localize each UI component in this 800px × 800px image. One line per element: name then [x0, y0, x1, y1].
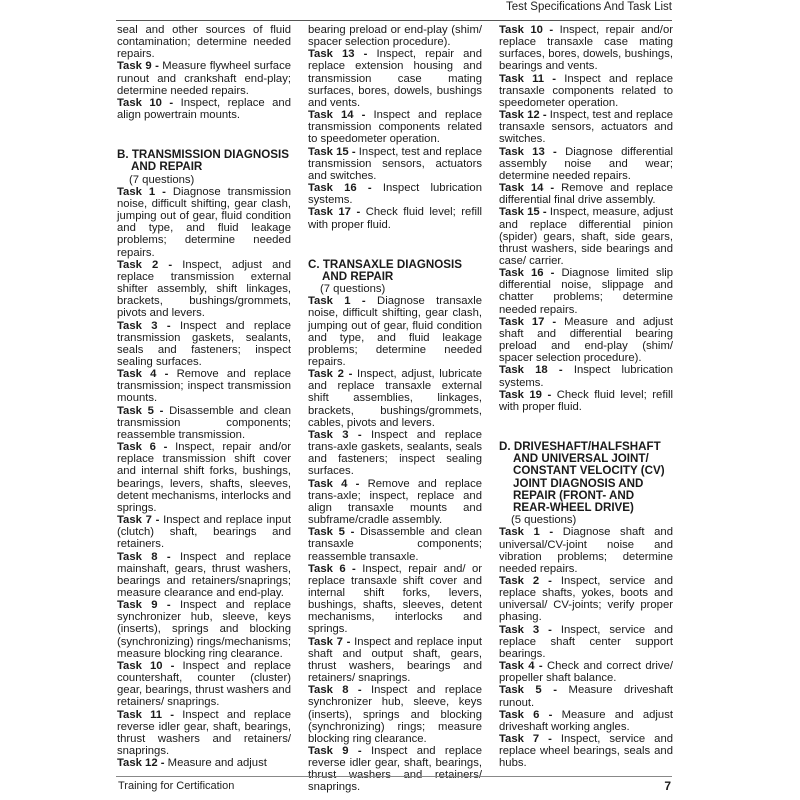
task-label: Task 3 - — [499, 624, 552, 636]
task-item: Task 4 - Remove and replace transmission… — [117, 368, 291, 404]
task-label: Task 5 - — [499, 684, 557, 696]
task-item: Task 4 - Check and correct drive/ propel… — [499, 660, 673, 684]
column-left: seal and other sources of fluid contamin… — [117, 24, 291, 769]
task-item: Task 12 - Inspect, test and replace tran… — [499, 109, 673, 145]
task-label: Task 7 - — [308, 636, 350, 648]
task-label: Task 8 - — [308, 684, 362, 696]
task-label: Task 6 - — [499, 709, 552, 721]
task-item: Task 2 - Inspect, service and replace sh… — [499, 575, 673, 624]
task-item: Task 9 - Inspect and replace reverse idl… — [308, 745, 482, 794]
task-label: Task 18 - — [499, 364, 563, 376]
task-label: Task 2 - — [308, 368, 352, 380]
task-item: Task 5 - Disassemble and clean transaxle… — [308, 526, 482, 562]
section-heading: C. TRANSAXLE DIAGNOSIS AND REPAIR(7 ques… — [308, 259, 482, 296]
task-label: Task 2 - — [499, 575, 552, 587]
task-item: Task 13 - Diagnose differential assembly… — [499, 146, 673, 182]
task-item: Task 6 - Inspect, repair and/ or replace… — [308, 563, 482, 636]
task-label: Task 10 - — [499, 24, 553, 36]
task-item: Task 1 - Diagnose shaft and universal/CV… — [499, 526, 673, 575]
task-description: Measure and adjust — [165, 757, 267, 769]
continued-text: bearing preload or end-play (shim/ space… — [308, 24, 482, 48]
task-item: Task 8 - Inspect and replace mainshaft, … — [117, 551, 291, 600]
task-label: Task 10 - — [117, 97, 173, 109]
task-item: Task 5 - Measure driveshaft runout. — [499, 684, 673, 708]
task-description: seal and other sources of fluid contamin… — [117, 24, 291, 60]
section-question-count: (7 questions) — [308, 283, 482, 295]
task-label: Task 6 - — [308, 563, 356, 575]
task-item: Task 16 - Inspect lubrication systems. — [308, 182, 482, 206]
task-item: Task 15 - Inspect, test and replace tran… — [308, 146, 482, 182]
task-label: Task 13 - — [308, 48, 367, 60]
task-label: Task 17 - — [499, 316, 556, 328]
task-label: Task 3 - — [117, 320, 171, 332]
task-label: Task 4 - — [117, 368, 168, 380]
task-item: Task 3 - Inspect and replace trans-axle … — [308, 429, 482, 478]
task-item: Task 14 - Inspect and replace transmissi… — [308, 109, 482, 145]
section-question-count: (5 questions) — [499, 514, 673, 526]
task-item: Task 2 - Inspect, adjust, lubricate and … — [308, 368, 482, 429]
task-item: Task 6 - Inspect, repair and/or replace … — [117, 441, 291, 514]
task-item: Task 7 - Inspect and replace input shaft… — [308, 636, 482, 685]
task-item: Task 10 - Inspect and replace countersha… — [117, 660, 291, 709]
task-item: Task 13 - Inspect, repair and replace ex… — [308, 48, 482, 109]
task-item: Task 1 - Diagnose transaxle noise, diffi… — [308, 295, 482, 368]
task-item: Task 1 - Diagnose transmission noise, di… — [117, 186, 291, 259]
task-label: Task 7 - — [499, 733, 552, 745]
task-label: Task 16 - — [308, 182, 372, 194]
task-label: Task 5 - — [308, 526, 354, 538]
task-label: Task 15 - — [308, 146, 356, 158]
task-item: Task 12 - Measure and adjust — [117, 757, 291, 769]
task-label: Task 5 - — [117, 405, 163, 417]
task-item: Task 2 - Inspect, adjust and replace tra… — [117, 259, 291, 320]
task-item: Task 19 - Check fluid level; refill with… — [499, 389, 673, 413]
task-item: Task 8 - Inspect and replace synchronize… — [308, 684, 482, 745]
task-label: Task 7 - — [117, 514, 159, 526]
task-item: Task 17 - Measure and adjust shaft and d… — [499, 316, 673, 365]
task-label: Task 4 - — [308, 478, 359, 490]
task-item: Task 3 - Inspect, service and replace sh… — [499, 624, 673, 660]
task-item: Task 9 - Inspect and replace synchronize… — [117, 599, 291, 660]
task-label: Task 9 - — [308, 745, 362, 757]
footer-rule — [116, 776, 672, 777]
task-label: Task 1 - — [308, 295, 366, 307]
task-item: Task 10 - Inspect, replace and align pow… — [117, 97, 291, 121]
task-label: Task 8 - — [117, 551, 171, 563]
task-label: Task 9 - — [117, 60, 159, 72]
footer-title: Training for Certification — [118, 780, 234, 792]
task-label: Task 14 - — [308, 109, 365, 121]
section-heading: D. DRIVESHAFT/HALFSHAFT AND UNIVERSAL JO… — [499, 441, 673, 526]
task-item: Task 17 - Check fluid level; refill with… — [308, 206, 482, 230]
task-item: Task 11 - Inspect and replace reverse id… — [117, 709, 291, 758]
task-item: Task 9 - Measure flywheel surface runout… — [117, 60, 291, 96]
task-label: Task 1 - — [117, 186, 166, 198]
section-title: C. TRANSAXLE DIAGNOSIS AND REPAIR — [308, 259, 482, 283]
column-right: Task 10 - Inspect, repair and/or replace… — [499, 24, 673, 770]
column-middle: bearing preload or end-play (shim/ space… — [308, 24, 482, 794]
task-item: Task 6 - Measure and adjust driveshaft w… — [499, 709, 673, 733]
task-label: Task 6 - — [117, 441, 167, 453]
task-label: Task 1 - — [499, 526, 553, 538]
task-item: Task 11 - Inspect and replace transaxle … — [499, 73, 673, 109]
task-label: Task 12 - — [117, 757, 165, 769]
task-label: Task 11 - — [499, 73, 556, 85]
task-label: Task 13 - — [499, 146, 557, 158]
task-label: Task 11 - — [117, 709, 174, 721]
task-item: Task 7 - Inspect, service and replace wh… — [499, 733, 673, 769]
task-label: Task 2 - — [117, 259, 172, 271]
header-rule — [116, 20, 672, 21]
task-label: Task 12 - — [499, 109, 547, 121]
task-label: Task 17 - — [308, 206, 360, 218]
task-item: Task 3 - Inspect and replace transmissio… — [117, 320, 291, 369]
task-label: Task 10 - — [117, 660, 174, 672]
section-title: D. DRIVESHAFT/HALFSHAFT AND UNIVERSAL JO… — [499, 441, 673, 514]
task-item: Task 15 - Inspect, measure, adjust and r… — [499, 206, 673, 267]
page-number: 7 — [664, 779, 671, 793]
task-item: Task 5 - Disassemble and clean transmiss… — [117, 405, 291, 441]
task-label: Task 3 - — [308, 429, 362, 441]
task-item: Task 18 - Inspect lubrication systems. — [499, 364, 673, 388]
section-heading: B. TRANSMISSION DIAGNOSIS AND REPAIR(7 q… — [117, 149, 291, 186]
section-title: B. TRANSMISSION DIAGNOSIS AND REPAIR — [117, 149, 291, 173]
task-label: Task 19 - — [499, 389, 551, 401]
task-label: Task 14 - — [499, 182, 554, 194]
task-item: Task 4 - Remove and replace trans-axle; … — [308, 478, 482, 527]
task-item: Task 7 - Inspect and replace input (clut… — [117, 514, 291, 550]
task-label: Task 16 - — [499, 267, 554, 279]
task-item: Task 16 - Diagnose limited slip differen… — [499, 267, 673, 316]
task-label: Task 15 - — [499, 206, 547, 218]
task-item: Task 10 - Inspect, repair and/or replace… — [499, 24, 673, 73]
section-question-count: (7 questions) — [117, 174, 291, 186]
task-description: bearing preload or end-play (shim/ space… — [308, 24, 482, 48]
running-head: Test Specifications And Task List — [506, 1, 672, 13]
task-label: Task 4 - — [499, 660, 543, 672]
task-item: Task 14 - Remove and replace differentia… — [499, 182, 673, 206]
continued-text: seal and other sources of fluid contamin… — [117, 24, 291, 60]
task-label: Task 9 - — [117, 599, 171, 611]
